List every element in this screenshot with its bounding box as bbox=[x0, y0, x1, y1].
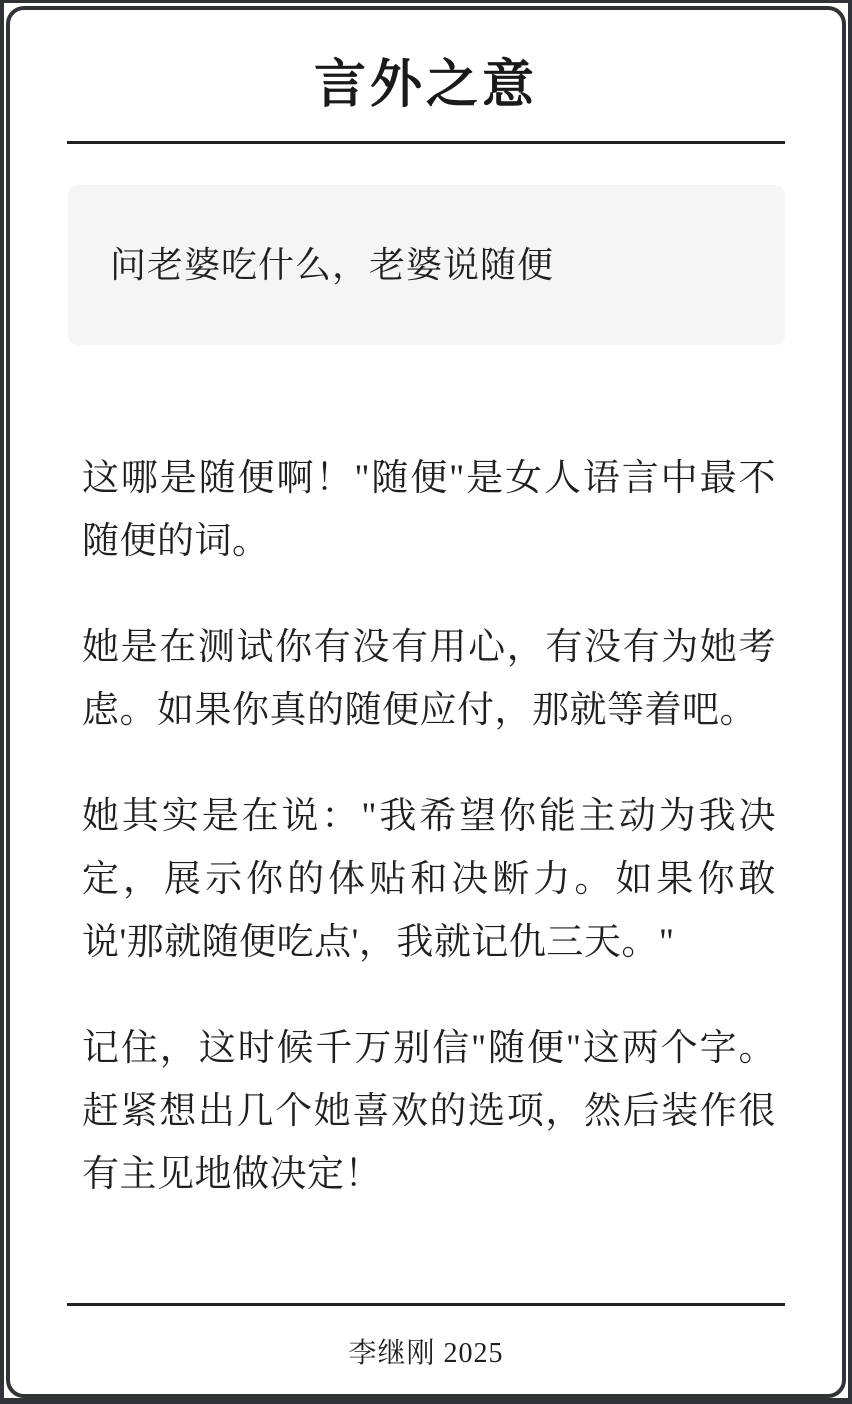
card: 言外之意 问老婆吃什么，老婆说随便 这哪是随便啊！"随便"是女人语言中最不随便的… bbox=[6, 6, 846, 1398]
page-title: 言外之意 bbox=[10, 56, 842, 116]
author-signature: 李继刚 2025 bbox=[10, 1336, 842, 1372]
quote-box: 问老婆吃什么，老婆说随便 bbox=[68, 185, 785, 345]
body-text: 这哪是随便啊！"随便"是女人语言中最不随便的词。 她是在测试你有没有用心，有没有… bbox=[82, 447, 776, 1249]
body-paragraph: 她其实是在说："我希望你能主动为我决定，展示你的体贴和决断力。如果你敢说'那就随… bbox=[82, 785, 776, 974]
footer-divider bbox=[67, 1303, 785, 1306]
quote-card-stage: 言外之意 问老婆吃什么，老婆说随便 这哪是随便啊！"随便"是女人语言中最不随便的… bbox=[0, 0, 852, 1404]
quote-text: 问老婆吃什么，老婆说随便 bbox=[110, 241, 554, 289]
body-paragraph: 记住，这时候千万别信"随便"这两个字。赶紧想出几个她喜欢的选项，然后装作很有主见… bbox=[82, 1017, 776, 1206]
body-paragraph: 这哪是随便啊！"随便"是女人语言中最不随便的词。 bbox=[82, 447, 776, 573]
title-divider bbox=[67, 141, 785, 144]
body-paragraph: 她是在测试你有没有用心，有没有为她考虑。如果你真的随便应付，那就等着吧。 bbox=[82, 616, 776, 742]
